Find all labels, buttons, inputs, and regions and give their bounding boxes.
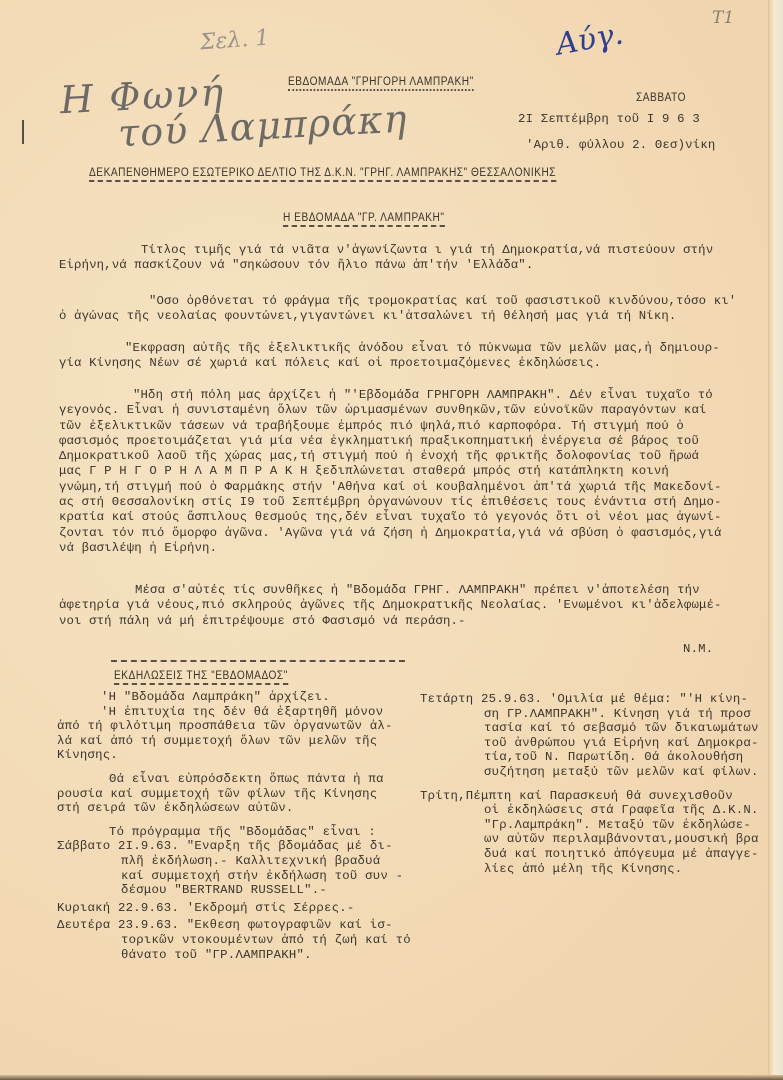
margin-mark: [22, 120, 24, 144]
page-mark: Τ1: [712, 8, 734, 28]
day-label: ΣΑΒΒΑΤΟ: [636, 92, 686, 104]
text-line: λά καί ἀπό τή συμμετοχή ὅλων τῶν μελῶν τ…: [57, 734, 411, 749]
paper-edge: [768, 0, 783, 1080]
events-heading: ΕΚΔΗΛΩΣΕΙΣ ΤΗΣ "ΕΒΔΟΜΑΔΟΣ": [114, 666, 312, 685]
article-paragraph-4: "Ηδη στή πόλη μας ἀρχίζει ἡ "'Εβδομάδα Γ…: [59, 388, 722, 556]
date-label: 2Ι Σεπτέμβρη τοῦ Ι 9 6 3: [518, 112, 700, 126]
pencil-annotation: Σελ. 1: [199, 26, 270, 56]
blue-ink-annotation: Αύγ.: [553, 16, 625, 62]
text-line: τασία καί τό σεβασμό τῶν δικαιωμάτων: [420, 721, 759, 736]
text-line: ση ΓΡ.ΛΑΜΠΡΑΚΗ". Κίνηση γιά τή προσ: [420, 707, 759, 722]
text-line: ων αὐτῶν περιλαμβάνονται,μουσική βρα: [420, 832, 759, 847]
article-paragraph-5: Μέσα σ'αὐτές τίς συνθῆκες ἡ "Βδομάδα ΓΡΗ…: [59, 583, 722, 629]
text-line: τορικῶν ντοκουμέντων ἀπό τή ζωή καί τό: [57, 933, 411, 948]
text-line: κρατία καί στούς ἄσπιλους θεσμούς της,δέ…: [59, 510, 722, 525]
text-line: "Γρ.Λαμπράκη". Μεταξύ τῶν ἐκδηλώσε-: [420, 818, 759, 833]
text-line: συζήτηση μεταξύ τῶν μελῶν καί φίλων.: [420, 765, 759, 780]
text-line: Μέσα σ'αὐτές τίς συνθῆκες ἡ "Βδομάδα ΓΡΗ…: [59, 583, 722, 598]
text-line: ζονται τόν πιό ὄμορφο ἀγῶνα. 'Αγῶνα γιά …: [59, 526, 722, 541]
schedule-item-wednesday: Τετάρτη 25.9.63. 'Ομιλία μέ θέμα: "'Η κί…: [420, 692, 759, 780]
subtitle-text: ΔΕΚΑΠΕΝΘΗΜΕΡΟ ΕΣΩΤΕΡΙΚΟ ΔΕΛΤΙΟ ΤΗΣ Δ.Κ.Ν…: [89, 167, 556, 182]
text-line: γία Κίνησης Νέων σέ χωριά καί πόλεις καί…: [59, 356, 720, 371]
text-line: στή σειρά τῶν ἐκδηλώσεων αὐτῶν.: [57, 801, 411, 816]
text-line: τῶν ἐξελικτικῶν τάσεων νά τραβήξουμε ἐμπ…: [59, 419, 722, 434]
events-right-column: Τετάρτη 25.9.63. 'Ομιλία μέ θέμα: "'Η κί…: [420, 692, 759, 876]
text-line: λίες ἀπό μέλη τῆς Κίνησης.: [420, 862, 759, 877]
text-line: "Εκφραση αὐτῆς τῆς ἐξελικτικῆς ἀνόδου εἶ…: [59, 341, 720, 356]
schedule-item-monday: Δευτέρα 23.9.63. "Εκθεση φωτογραφιῶν καί…: [57, 918, 411, 962]
text-line: καί συμμετοχή στήν ἐκδήλωση τοῦ συν -: [57, 869, 411, 884]
schedule-item-tue-thu-fri: Τρίτη,Πέμπτη καί Παρασκευή θά συνεχισθοῦ…: [420, 789, 759, 877]
schedule-date: Δευτέρα 23.9.63.: [57, 918, 179, 932]
text-line: "Εκθεση φωτογραφιῶν καί ἱσ-: [187, 918, 393, 932]
text-line: 'Ομιλία μέ θέμα: "'Η κίνη-: [550, 692, 748, 706]
text-line: δέσμου "BERTRAND RUSSELL".-: [57, 883, 411, 898]
text-line: γνώμη,τή στιγμή πού ὁ Φαρμάκης στήν 'Αθή…: [59, 480, 722, 495]
text-line: 'Η "Βδομάδα Λαμπράκη" ἀρχίζει.: [57, 690, 411, 705]
signature: Ν.Μ.: [683, 642, 713, 656]
text-line: φασισμός προετοιμάζεται γιά μία νέα ἐγκλ…: [59, 434, 722, 449]
text-line: οἱ ἐκδηλώσεις στά Γραφεῖα τῆς Δ.Κ.Ν.: [420, 803, 759, 818]
text-line: πλῆ ἐκδήλωση.- Καλλιτεχνική βραδυά: [57, 854, 411, 869]
text-line: 'Η ἐπιτυχία της δέν θά ἐξαρτηθῆ μόνον: [57, 705, 411, 720]
text-line: Τίτλος τιμῆς γιά τά νιᾶτα ν'ἀγωνίζωντα ι…: [59, 243, 713, 258]
article-heading: Η ΕΒΔΟΜΑΔΑ "ΓΡ. ΛΑΜΠΡΑΚΗ": [283, 208, 467, 227]
article-heading-text: Η ΕΒΔΟΜΑΔΑ "ΓΡ. ΛΑΜΠΡΑΚΗ": [283, 212, 445, 227]
text-line: ἀπό τή φιλότιμη προσπάθεια τῶν ὀργανωτῶν…: [57, 719, 411, 734]
paper-edge-bottom: [0, 1075, 783, 1080]
text-line: Θά εἶναι εὐπρόσδεκτη ὅπως πάντα ἡ πα: [57, 772, 411, 787]
text-line: "Εναρξη τῆς βδομάδας μέ δι-: [187, 839, 393, 853]
events-left-column: 'Η "Βδομάδα Λαμπράκη" ἀρχίζει. 'Η ἐπιτυχ…: [57, 690, 411, 962]
text-line: θάνατο τοῦ "ΓΡ.ΛΑΜΠΡΑΚΗ".: [57, 948, 411, 963]
section-divider: [111, 660, 405, 662]
issue-label: 'Αριθ. φύλλου 2. Θεσ)νίκη: [526, 138, 715, 152]
article-paragraph-2: "Οσο ὀρθόνεται τό φράγμα τῆς τρομοκρατία…: [59, 294, 736, 325]
article-paragraph-3: "Εκφραση αὐτῆς τῆς ἐξελικτικῆς ἀνόδου εἶ…: [59, 341, 720, 372]
text-line: Κίνησης.: [57, 748, 411, 763]
schedule-date: Σάββατο 2Ι.9.63.: [57, 839, 179, 853]
text-line: ας στή Θεσσαλονίκη στίς Ι9 τοῦ Σεπτέμβρη…: [59, 495, 722, 510]
article-paragraph-1: Τίτλος τιμῆς γιά τά νιᾶτα ν'ἀγωνίζωντα ι…: [59, 243, 713, 274]
text-line: ρουσία καί συμμετοχή τῶν φίλων τῆς Κίνησ…: [57, 787, 411, 802]
text-line: θά συνεχισθοῦν: [626, 789, 733, 803]
schedule-item-sunday: Κυριακή 22.9.63. 'Εκδρομή στίς Σέρρες.-: [57, 901, 411, 916]
text-line: μας Γ Ρ Η Γ Ο Ρ Η Λ Α Μ Π Ρ Α Κ Η ξεδιπλ…: [59, 464, 722, 479]
text-line: νά βασιλέψη ἡ Εἰρήνη.: [59, 541, 722, 556]
document-page: Σελ. 1 Αύγ. Τ1 Η Φωνή τού Λαμπράκη ΕΒΔΟΜ…: [0, 0, 783, 1080]
schedule-date: Τετάρτη 25.9.63.: [420, 692, 542, 706]
text-line: τοῦ ἀνθρώπου γιά Εἰρήνη καί Δημοκρα-: [420, 736, 759, 751]
subtitle: ΔΕΚΑΠΕΝΘΗΜΕΡΟ ΕΣΩΤΕΡΙΚΟ ΔΕΛΤΙΟ ΤΗΣ Δ.Κ.Ν…: [89, 163, 620, 182]
text-line: γεγονός. Εἶναι ἡ συνισταμένη ὅλων τῶν ὡρ…: [59, 403, 722, 418]
event-header-text: ΕΒΔΟΜΑΔΑ "ΓΡΗΓΟΡΗ ΛΑΜΠΡΑΚΗ": [288, 76, 474, 91]
text-line: "Οσο ὀρθόνεται τό φράγμα τῆς τρομοκρατία…: [59, 294, 736, 309]
text-line: ὁ ἀγώνας τῆς νεολαίας φουντώνει,γιγαντών…: [59, 309, 736, 324]
schedule-item-saturday: Σάββατο 2Ι.9.63. "Εναρξη τῆς βδομάδας μέ…: [57, 839, 411, 897]
text-line: δυά καί ποιητικό ἀπόγευμα μέ ἀπαγγε-: [420, 847, 759, 862]
text-line: Εἰρήνη,νά πασκίζουν νά "σηκώσουν τόν ἥλι…: [59, 258, 713, 273]
text-line: ἀφετηρία γιά νέους,πιό σκληρούς ἀγῶνες τ…: [59, 598, 722, 613]
text-line: Δημοκρατικοῦ λαοῦ τῆς χώρας μας,τή στιγμ…: [59, 449, 722, 464]
schedule-date: Κυριακή 22.9.63.: [57, 901, 179, 915]
schedule-date: Τρίτη,Πέμπτη καί Παρασκευή: [420, 789, 618, 803]
text-line: 'Εκδρομή στίς Σέρρες.-: [187, 901, 355, 915]
text-line: "Ηδη στή πόλη μας ἀρχίζει ἡ "'Εβδομάδα Γ…: [59, 388, 722, 403]
event-header: ΕΒΔΟΜΑΔΑ "ΓΡΗΓΟΡΗ ΛΑΜΠΡΑΚΗ": [288, 72, 499, 91]
text-line: τία,τοῦ Ν. Παρωτίδη. Θά ἀκολουθήση: [420, 750, 759, 765]
text-line: νοι στή πάλη νά μή ἐπιτρέψουμε στό Φασισ…: [59, 614, 722, 629]
events-heading-text: ΕΚΔΗΛΩΣΕΙΣ ΤΗΣ "ΕΒΔΟΜΑΔΟΣ": [114, 670, 288, 685]
program-intro: Τό πρόγραμμα τῆς "Βδομάδας" εἶναι :: [57, 825, 411, 840]
